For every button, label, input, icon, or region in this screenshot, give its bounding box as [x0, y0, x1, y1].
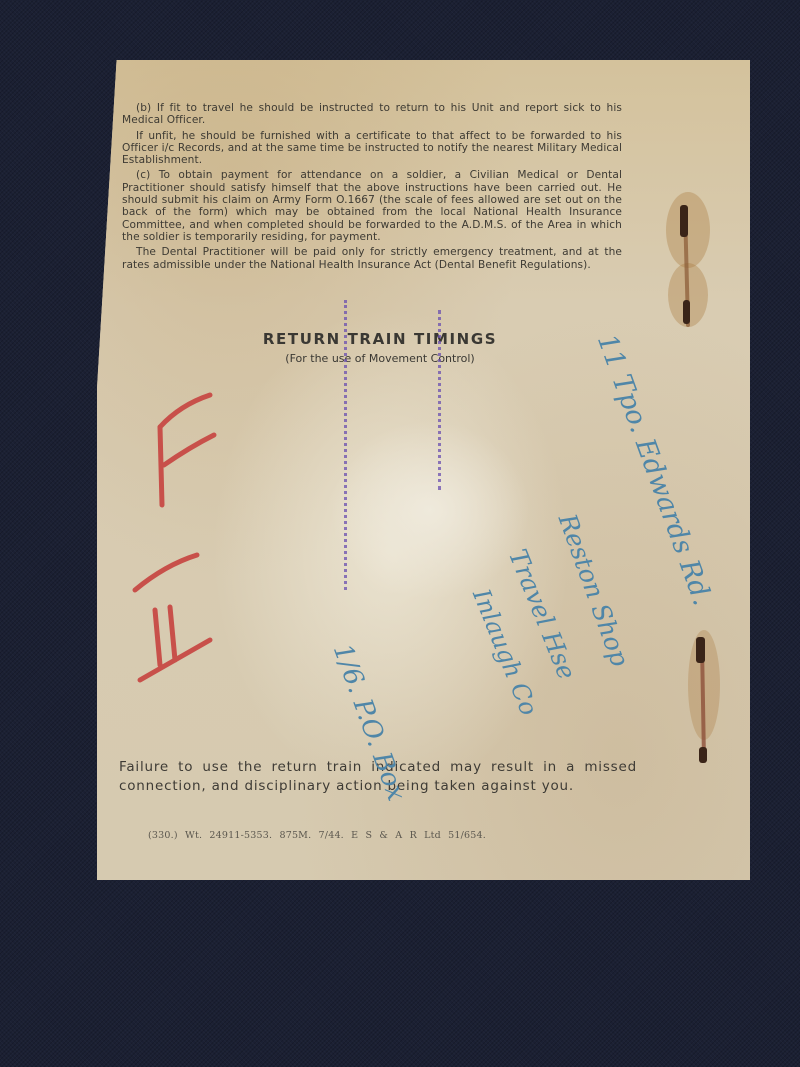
section-heading: RETURN TRAIN TIMINGS [120, 330, 640, 348]
red-pencil-mark-ii [125, 545, 225, 685]
printer-imprint: (330.) Wt. 24911-5353. 875M. 7/44. E S &… [148, 830, 486, 841]
staple-top-icon [660, 180, 720, 340]
worn-patch [330, 420, 530, 600]
purple-stamp-marks [438, 310, 445, 490]
purple-stamp-marks [344, 300, 351, 590]
section-subheading: (For the use of Movement Control) [120, 352, 640, 365]
paragraph-dental: The Dental Practitioner will be paid onl… [122, 246, 622, 271]
instructions-text: (b) If fit to travel he should be instru… [122, 102, 622, 271]
paragraph-c: (c) To obtain payment for attendance on … [122, 169, 622, 243]
paragraph-unfit: If unfit, he should be furnished with a … [122, 130, 622, 167]
red-pencil-mark-f [140, 385, 230, 525]
paragraph-b: (b) If fit to travel he should be instru… [122, 102, 622, 127]
staple-bottom-icon [680, 615, 730, 775]
